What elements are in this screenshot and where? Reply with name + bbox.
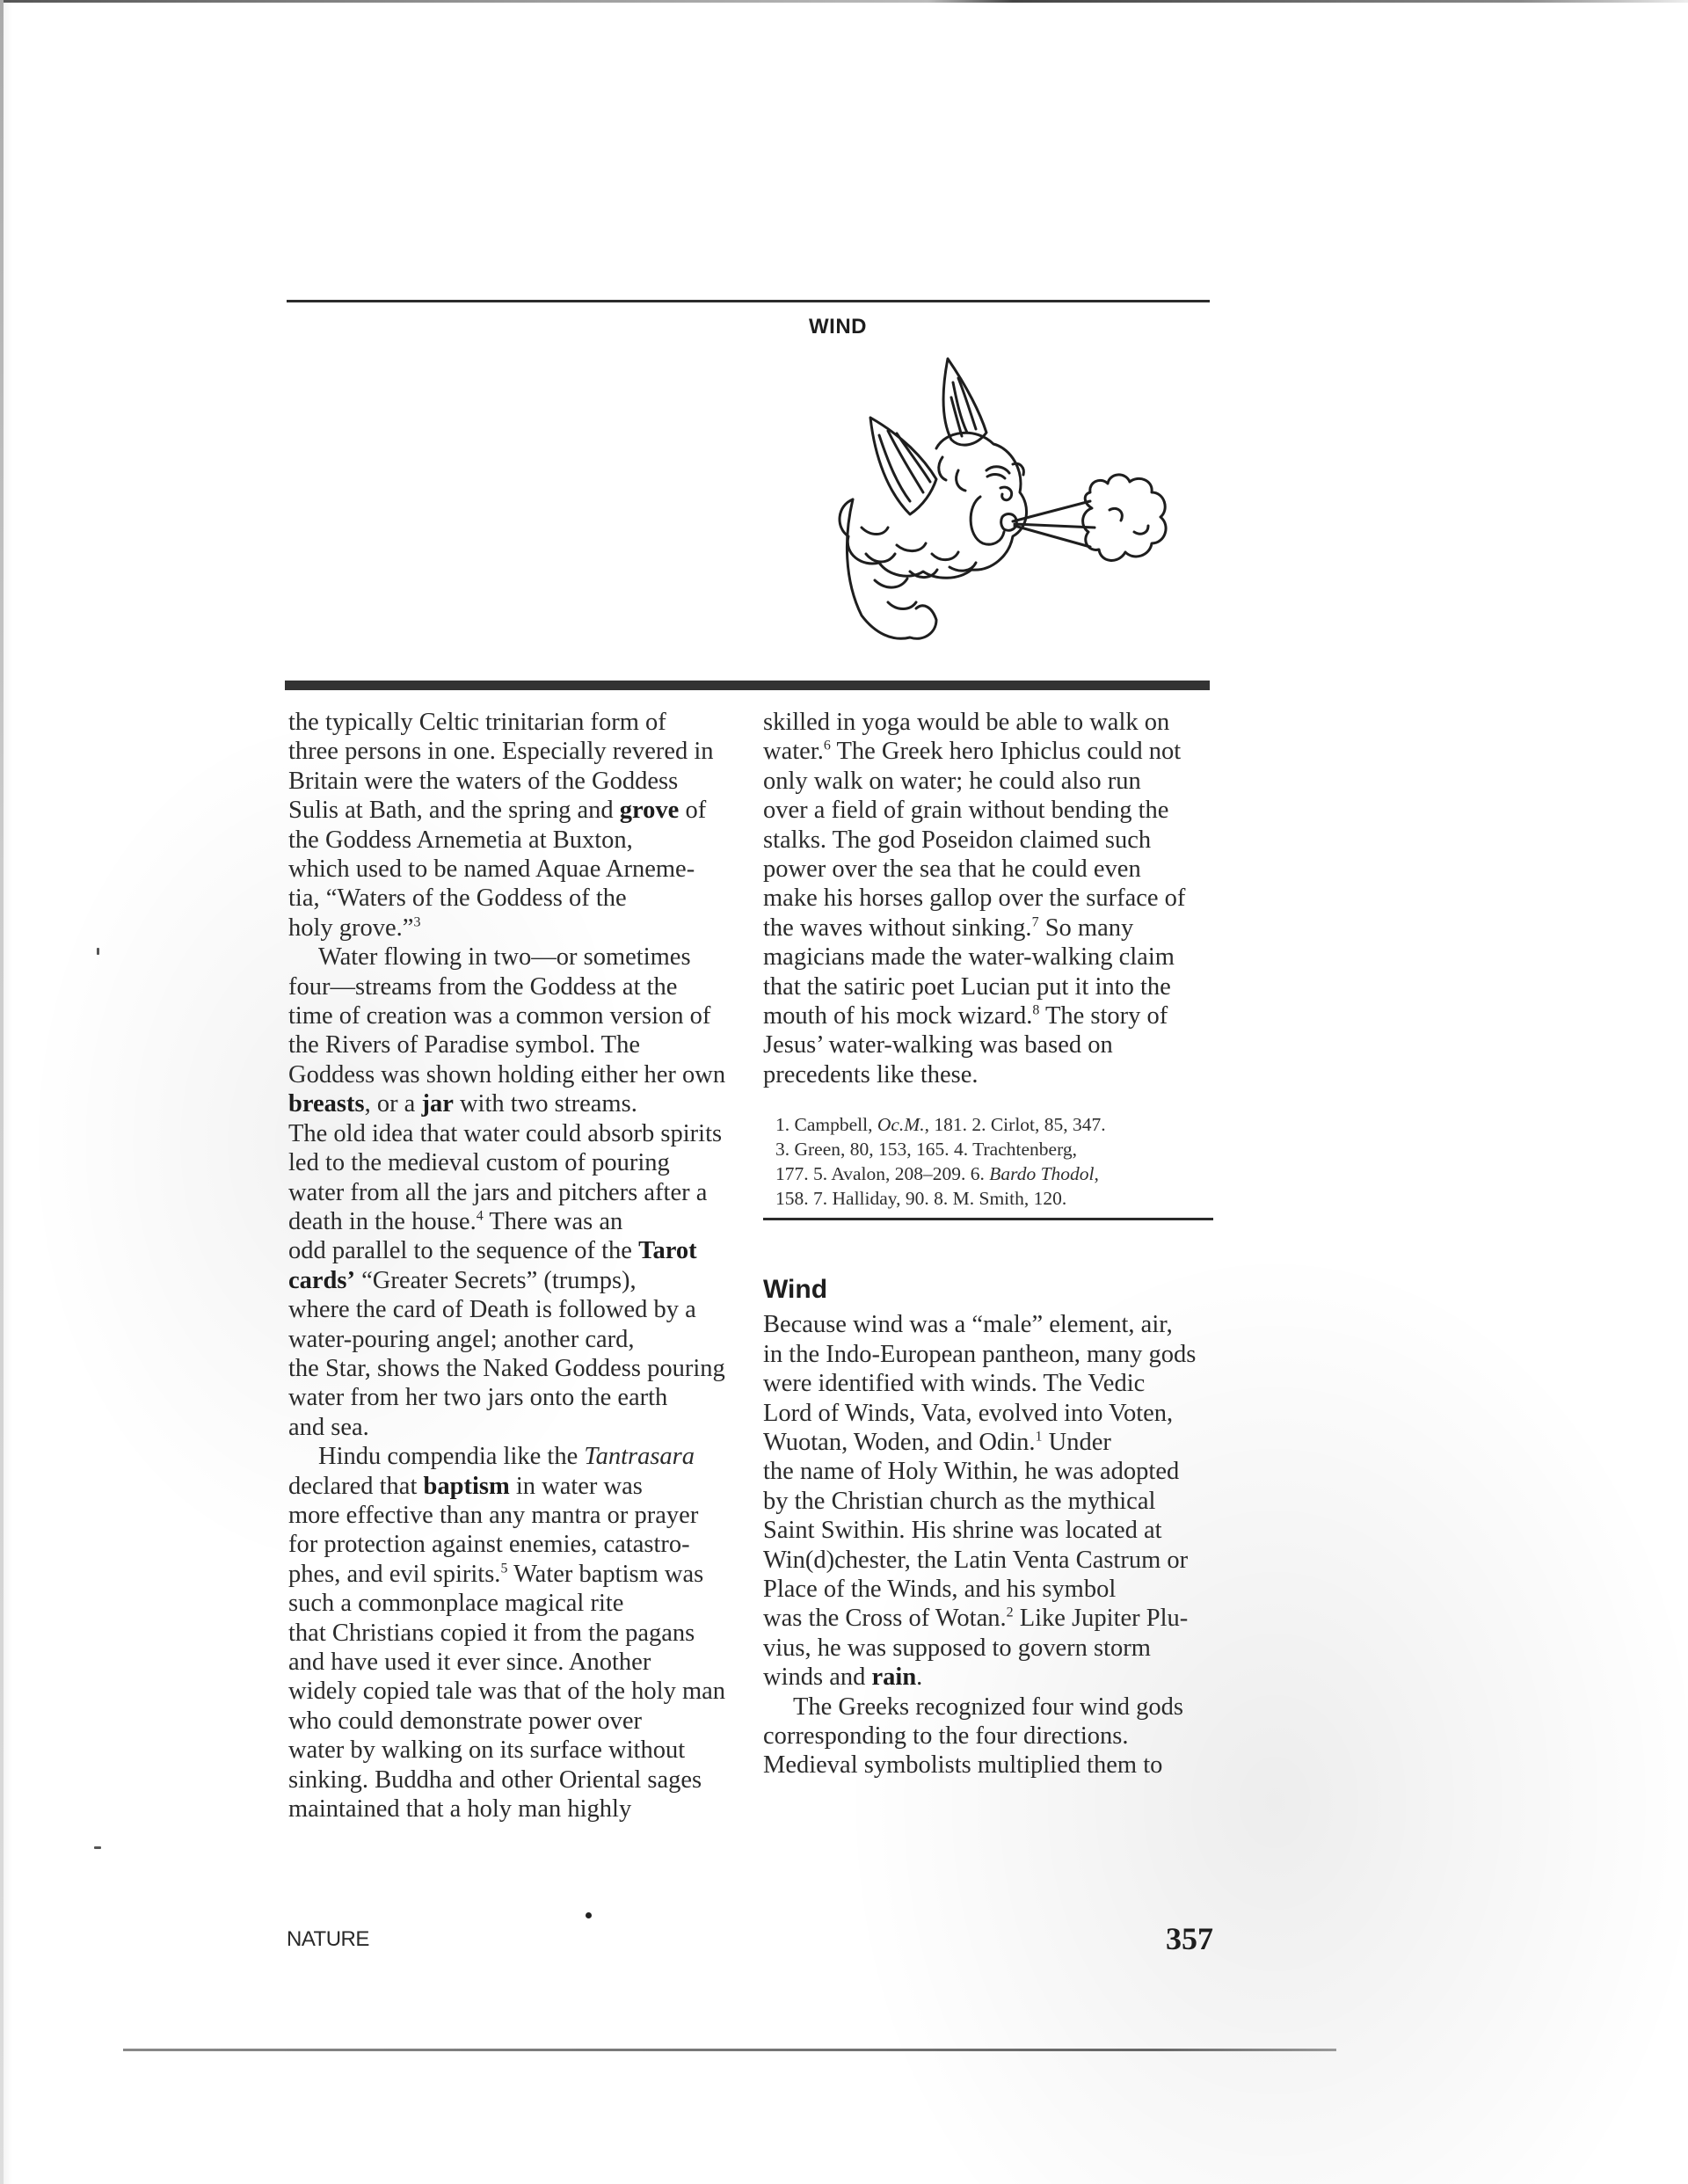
text-line: sinking. Buddha and other Oriental sages	[288, 1765, 746, 1795]
endnote-line: 158. 7. Halliday, 90. 8. M. Smith, 120.	[775, 1186, 1220, 1211]
text-line: only walk on water; he could also run	[763, 767, 1220, 796]
entry-title-wind: Wind	[763, 1275, 1220, 1305]
text-line: Place of the Winds, and his symbol	[763, 1575, 1220, 1604]
keyword-breasts[interactable]: breasts	[288, 1090, 365, 1117]
text-line: cards’ “Greater Secrets” (trumps),	[288, 1266, 746, 1295]
keyword-jar[interactable]: jar	[421, 1090, 453, 1117]
text-line: Saint Swithin. His shrine was located at	[763, 1516, 1220, 1545]
footnote-ref-8: 8	[1032, 1003, 1039, 1018]
keyword-baptism[interactable]: baptism	[424, 1473, 510, 1500]
text-line: breasts, or a jar with two streams.	[288, 1089, 746, 1118]
text-line: in the Indo-European pantheon, many gods	[763, 1340, 1220, 1369]
text-line: The old idea that water could absorb spi…	[288, 1119, 746, 1148]
footnote-ref-1: 1	[1035, 1429, 1042, 1444]
keyword-rain[interactable]: rain	[872, 1663, 917, 1691]
text-line: maintained that a holy man highly	[288, 1795, 746, 1824]
keyword-tarot[interactable]: Tarot	[638, 1237, 697, 1264]
scan-speck	[94, 1846, 101, 1849]
text-line: Britain were the waters of the Goddess	[288, 767, 746, 796]
text-line: Water flowing in two—or sometimes	[288, 943, 746, 972]
text-line: tia, “Waters of the Goddess of the	[288, 884, 746, 913]
text-line: time of creation was a common version of	[288, 1001, 746, 1030]
scan-speck	[586, 1912, 592, 1918]
text-line: declared that baptism in water was	[288, 1472, 746, 1501]
text-line: phes, and evil spirits.5 Water baptism w…	[288, 1560, 746, 1589]
text-line: odd parallel to the sequence of the Taro…	[288, 1236, 746, 1265]
keyword-cards[interactable]: cards’	[288, 1267, 355, 1294]
keyword-grove[interactable]: grove	[620, 797, 680, 824]
illustration-bottom-rule	[285, 681, 1210, 690]
text-line: holy grove.”3	[288, 914, 746, 943]
text-line: the waves without sinking.7 So many	[763, 914, 1220, 943]
footnote-ref-6: 6	[824, 739, 831, 753]
text-line: such a commonplace magical rite	[288, 1589, 746, 1618]
text-line: make his horses gallop over the surface …	[763, 884, 1220, 913]
text-line: the name of Holy Within, he was adopted	[763, 1457, 1220, 1486]
text-line: water from all the jars and pitchers aft…	[288, 1178, 746, 1207]
text-line: Because wind was a “male” element, air,	[763, 1310, 1220, 1339]
text-line: winds and rain.	[763, 1663, 1220, 1692]
text-line: three persons in one. Especially revered…	[288, 737, 746, 766]
text-line: skilled in yoga would be able to walk on	[763, 708, 1220, 737]
text-line: where the card of Death is followed by a	[288, 1295, 746, 1324]
text-line: led to the medieval custom of pouring	[288, 1148, 746, 1177]
page-number: 357	[1160, 1920, 1213, 1957]
text-line: precedents like these.	[763, 1060, 1220, 1089]
scan-speck	[97, 948, 99, 955]
text-line: were identified with winds. The Vedic	[763, 1369, 1220, 1398]
text-line: over a field of grain without bending th…	[763, 796, 1220, 825]
endnote-line: 3. Green, 80, 153, 165. 4. Trachtenberg,	[775, 1137, 1220, 1161]
text-line: by the Christian church as the mythical	[763, 1487, 1220, 1516]
footnote-ref-5: 5	[500, 1561, 507, 1576]
text-line: death in the house.4 There was an	[288, 1207, 746, 1236]
scan-top-edge	[0, 0, 1688, 3]
text-line: Goddess was shown holding either her own	[288, 1060, 746, 1089]
footnote-ref-2: 2	[1007, 1605, 1014, 1620]
text-line: that Christians copied it from the pagan…	[288, 1619, 746, 1648]
text-line: The Greeks recognized four wind gods	[763, 1693, 1220, 1722]
text-line: water.6 The Greek hero Iphiclus could no…	[763, 737, 1220, 766]
text-line: Sulis at Bath, and the spring and grove …	[288, 796, 746, 825]
text-line: mouth of his mock wizard.8 The story of	[763, 1001, 1220, 1030]
wind-god-illustration-icon	[756, 317, 1213, 659]
text-line: corresponding to the four directions.	[763, 1722, 1220, 1751]
text-line: Lord of Winds, Vata, evolved into Voten,	[763, 1399, 1220, 1428]
header-rule	[287, 300, 1210, 302]
text-line: the Goddess Arnemetia at Buxton,	[288, 826, 746, 855]
text-line: widely copied tale was that of the holy …	[288, 1677, 746, 1706]
footnote-ref-7: 7	[1032, 914, 1039, 929]
endnote-line: 177. 5. Avalon, 208–209. 6. Bardo Thodol…	[775, 1161, 1220, 1186]
text-line: the Rivers of Paradise symbol. The	[288, 1030, 746, 1059]
text-line: the Star, shows the Naked Goddess pourin…	[288, 1354, 746, 1383]
scan-bottom-edge	[123, 2049, 1336, 2051]
text-line: which used to be named Aquae Arneme-	[288, 855, 746, 884]
text-line: water from her two jars onto the earth	[288, 1383, 746, 1412]
endnote-line: 1. Campbell, Oc.M., 181. 2. Cirlot, 85, …	[775, 1112, 1220, 1137]
text-line: the typically Celtic trinitarian form of	[288, 708, 746, 737]
footnote-ref-4: 4	[477, 1208, 484, 1223]
text-line: water by walking on its surface without	[288, 1736, 746, 1765]
footnote-ref-3: 3	[413, 914, 420, 929]
text-line: and have used it ever since. Another	[288, 1648, 746, 1677]
endnotes: 1. Campbell, Oc.M., 181. 2. Cirlot, 85, …	[763, 1112, 1220, 1211]
text-line: four—streams from the Goddess at the	[288, 972, 746, 1001]
text-line: magicians made the water-walking claim	[763, 943, 1220, 972]
text-line: Hindu compendia like the Tantrasara	[288, 1442, 746, 1471]
text-line: and sea.	[288, 1413, 746, 1442]
title-tantrasara: Tantrasara	[584, 1443, 695, 1470]
text-line: vius, he was supposed to govern storm	[763, 1634, 1220, 1663]
text-line: Wuotan, Woden, and Odin.1 Under	[763, 1428, 1220, 1457]
text-line: Medieval symbolists multiplied them to	[763, 1751, 1220, 1780]
text-line: Win(d)chester, the Latin Venta Castrum o…	[763, 1546, 1220, 1575]
text-line: water-pouring angel; another card,	[288, 1325, 746, 1354]
text-line: Jesus’ water-walking was based on	[763, 1030, 1220, 1059]
text-line: stalks. The god Poseidon claimed such	[763, 826, 1220, 855]
text-line: that the satiric poet Lucian put it into…	[763, 972, 1220, 1001]
footer-section-label: NATURE	[287, 1927, 369, 1952]
text-line: more effective than any mantra or prayer	[288, 1501, 746, 1530]
text-line: for protection against enemies, catastro…	[288, 1530, 746, 1559]
right-column: skilled in yoga would be able to walk on…	[763, 708, 1220, 1780]
left-column: the typically Celtic trinitarian form of…	[288, 708, 746, 1824]
text-line: was the Cross of Wotan.2 Like Jupiter Pl…	[763, 1604, 1220, 1633]
text-line: who could demonstrate power over	[288, 1707, 746, 1736]
endnotes-rule	[763, 1218, 1213, 1220]
text-line: power over the sea that he could even	[763, 855, 1220, 884]
